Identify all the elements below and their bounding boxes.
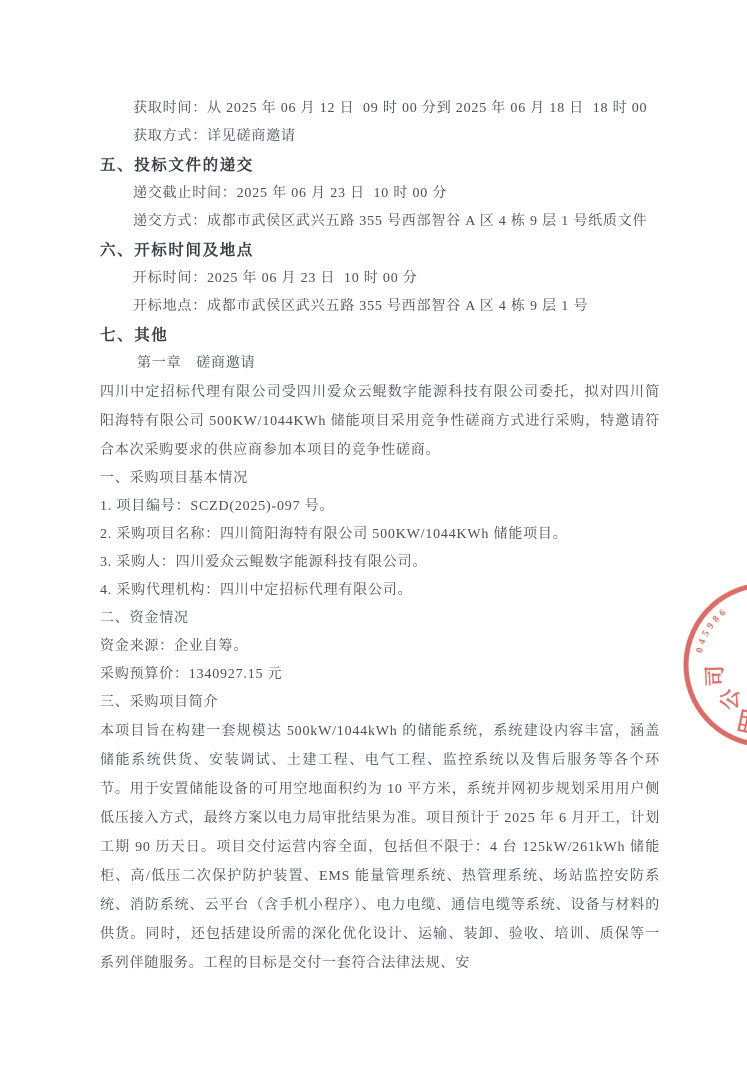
section6-heading: 六、开标时间及地点	[100, 236, 660, 265]
funding-source-line: 资金来源：企业自筹。	[100, 633, 660, 661]
project-name-line: 2. 采购项目名称：四川简阳海特有限公司 500KW/1044KWh 储能项目。	[100, 521, 660, 549]
opening-location-line: 开标地点：成都市武侯区武兴五路 355 号西部智谷 A 区 4 栋 9 层 1 …	[100, 293, 660, 321]
agency-line: 4. 采购代理机构：四川中定招标代理有限公司。	[100, 577, 660, 605]
submission-method-line: 递交方式：成都市武侯区武兴五路 355 号西部智谷 A 区 4 栋 9 层 1 …	[100, 208, 660, 236]
acquisition-time-line: 获取时间：从 2025 年 06 月 12 日 09 时 00 分到 2025 …	[100, 95, 660, 123]
document-page: 获取时间：从 2025 年 06 月 12 日 09 时 00 分到 2025 …	[0, 0, 747, 1073]
chapter-title: 第一章 磋商邀请	[100, 350, 660, 378]
project-overview-paragraph: 本项目旨在构建一套规模达 500kW/1044kWh 的储能系统，系统建设内容丰…	[100, 717, 660, 978]
document-content: 获取时间：从 2025 年 06 月 12 日 09 时 00 分到 2025 …	[0, 0, 747, 978]
basic-info-heading: 一、采购项目基本情况	[100, 465, 660, 493]
project-number-line: 1. 项目编号：SCZD(2025)-097 号。	[100, 493, 660, 521]
budget-line: 采购预算价：1340927.15 元	[100, 661, 660, 689]
opening-time-line: 开标时间：2025 年 06 月 23 日 10 时 00 分	[100, 265, 660, 293]
overview-heading: 三、采购项目简介	[100, 689, 660, 717]
section5-heading: 五、投标文件的递交	[100, 151, 660, 180]
section7-heading: 七、其他	[100, 321, 660, 350]
invitation-intro-paragraph: 四川中定招标代理有限公司受四川爱众云鲲数字能源科技有限公司委托，拟对四川简阳海特…	[100, 378, 660, 465]
purchaser-line: 3. 采购人：四川爱众云鲲数字能源科技有限公司。	[100, 549, 660, 577]
submission-deadline-line: 递交截止时间：2025 年 06 月 23 日 10 时 00 分	[100, 180, 660, 208]
funding-heading: 二、资金情况	[100, 605, 660, 633]
acquisition-method-line: 获取方式：详见磋商邀请	[100, 123, 660, 151]
